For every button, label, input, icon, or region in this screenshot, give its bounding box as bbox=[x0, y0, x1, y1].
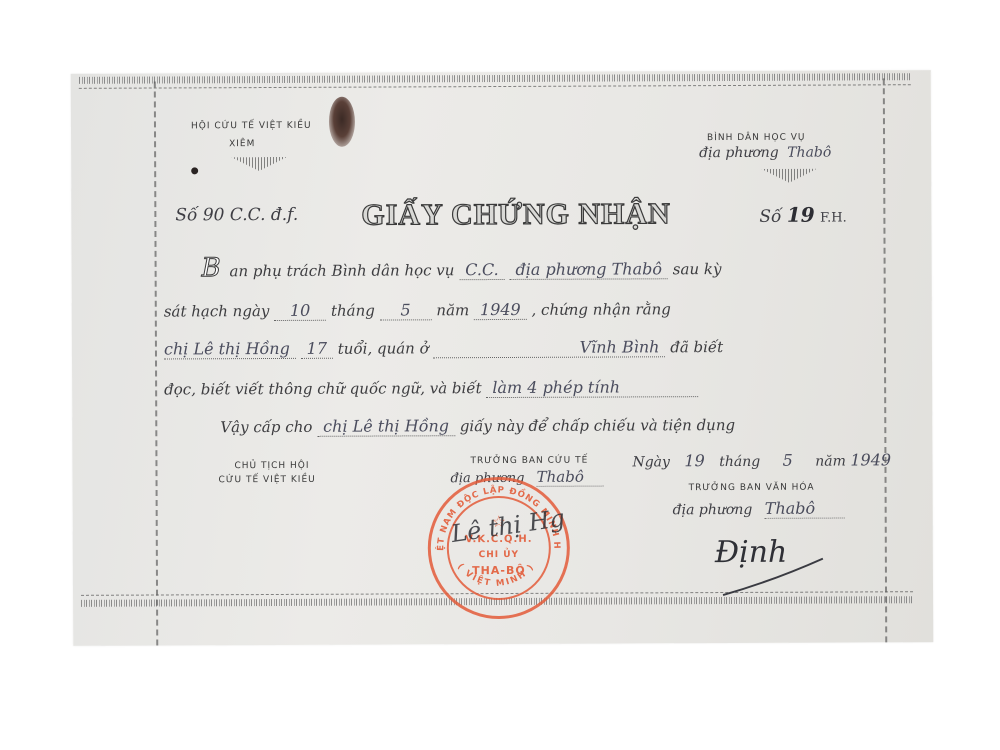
certificate-paper: HỘI CỨU TẾ VIỆT KIỀU XIÊM BÌNH DÂN HỌC V… bbox=[71, 70, 933, 646]
field-organization: C.C. bbox=[459, 260, 505, 280]
body-text: sát hạch ngày bbox=[164, 302, 270, 320]
page: HỘI CỨU TẾ VIỆT KIỀU XIÊM BÌNH DÂN HỌC V… bbox=[0, 0, 1000, 750]
reference-right-prefix: Số bbox=[759, 207, 781, 227]
right-signatory-locality: Thabô bbox=[765, 499, 845, 519]
field-name: chị Lê thị Hồng bbox=[164, 339, 296, 360]
right-signatory-prefix: địa phương bbox=[673, 502, 753, 518]
field-skill: làm 4 phép tính bbox=[486, 377, 698, 398]
issue-date: Ngày 19 tháng 5 năm 1949 bbox=[632, 450, 891, 470]
body-line-1: B an phụ trách Bình dân học vụ C.C. địa … bbox=[202, 251, 722, 283]
issue-year: 1949 bbox=[850, 450, 891, 469]
body-text: giấy này để chấp chiếu và tiện dụng bbox=[460, 416, 735, 435]
left-header-line1: HỘI CỨU TẾ VIỆT KIỀU bbox=[191, 121, 312, 132]
left-signatory-line2: CỨU TẾ VIỆT KIỀU bbox=[219, 475, 316, 485]
body-line-3: chị Lê thị Hồng 17 tuổi, quán ở Vĩnh Bìn… bbox=[164, 337, 723, 359]
right-header-line1: BÌNH DÂN HỌC VỤ bbox=[707, 133, 805, 143]
official-stamp: VIỆT NAM ĐỘC LẬP ĐỒNG MINH HỘI ( VIỆT MI… bbox=[428, 477, 571, 620]
top-ornamental-border bbox=[79, 73, 911, 84]
body-text: , chứng nhận rằng bbox=[531, 300, 670, 319]
stamp-center-line3: THA-BÔ bbox=[449, 564, 549, 577]
signature-flourish bbox=[713, 551, 833, 602]
issue-day: 19 bbox=[684, 451, 704, 470]
field-exam-year: 1949 bbox=[474, 300, 527, 320]
body-text: sau kỳ bbox=[673, 260, 722, 278]
stamp-center-line2: CHI ỦY bbox=[449, 550, 549, 560]
certificate-title: GIẤY CHỨNG NHẬN bbox=[361, 197, 671, 232]
field-exam-day: 10 bbox=[274, 301, 326, 321]
reference-right-suffix: F.H. bbox=[820, 210, 847, 225]
left-margin-rule bbox=[154, 82, 158, 646]
body-line-2: sát hạch ngày 10 tháng 5 năm 1949 , chứn… bbox=[164, 299, 671, 321]
field-age: 17 bbox=[301, 339, 333, 359]
right-signatory-line1: TRƯỞNG BAN VĂN HÓA bbox=[689, 483, 815, 494]
right-header-line2: địa phương Thabô bbox=[699, 145, 831, 162]
right-signatory-line2: địa phương Thabô bbox=[673, 499, 846, 519]
right-header-locality: Thabô bbox=[787, 145, 831, 161]
ink-dot bbox=[191, 167, 198, 174]
body-text: đã biết bbox=[670, 338, 723, 356]
body-line-5: Vậy cấp cho chị Lê thị Hồng giấy này để … bbox=[220, 415, 735, 436]
reference-right-number: 19 bbox=[787, 203, 815, 227]
field-hometown: Vĩnh Bình bbox=[433, 337, 665, 358]
body-text: năm bbox=[436, 301, 469, 319]
fan-ornament-left bbox=[231, 157, 287, 171]
date-prefix: Ngày bbox=[632, 454, 670, 470]
date-year-label: năm bbox=[815, 454, 846, 470]
reference-left: Số 90 C.C. đ.f. bbox=[175, 205, 298, 226]
body-text: tháng bbox=[331, 302, 375, 320]
left-signatory-line1: CHỦ TỊCH HỘI bbox=[234, 461, 309, 471]
field-name-repeat: chị Lê thị Hồng bbox=[317, 416, 455, 437]
left-header-line2: XIÊM bbox=[229, 139, 255, 149]
date-month-label: tháng bbox=[719, 454, 760, 470]
top-rule bbox=[79, 84, 911, 89]
dropcap: B bbox=[202, 253, 221, 283]
right-header-prefix: địa phương bbox=[699, 145, 779, 161]
body-text: đọc, biết viết thông chữ quốc ngữ, và bi… bbox=[164, 379, 482, 398]
body-text: an phụ trách Bình dân học vụ bbox=[229, 261, 454, 280]
right-margin-rule bbox=[883, 78, 887, 642]
reference-right: Số 19 F.H. bbox=[759, 202, 846, 226]
ink-stain bbox=[329, 97, 355, 147]
fan-ornament-right bbox=[761, 169, 817, 183]
field-exam-month: 5 bbox=[380, 300, 432, 320]
body-text: tuổi, quán ở bbox=[338, 339, 429, 357]
body-text: Vậy cấp cho bbox=[220, 418, 312, 436]
center-signatory-line1: TRƯỞNG BAN CỨU TẾ bbox=[470, 456, 588, 467]
issue-month: 5 bbox=[783, 451, 793, 470]
body-line-4: đọc, biết viết thông chữ quốc ngữ, và bi… bbox=[164, 377, 698, 399]
field-locality: địa phương Thabô bbox=[509, 259, 668, 280]
